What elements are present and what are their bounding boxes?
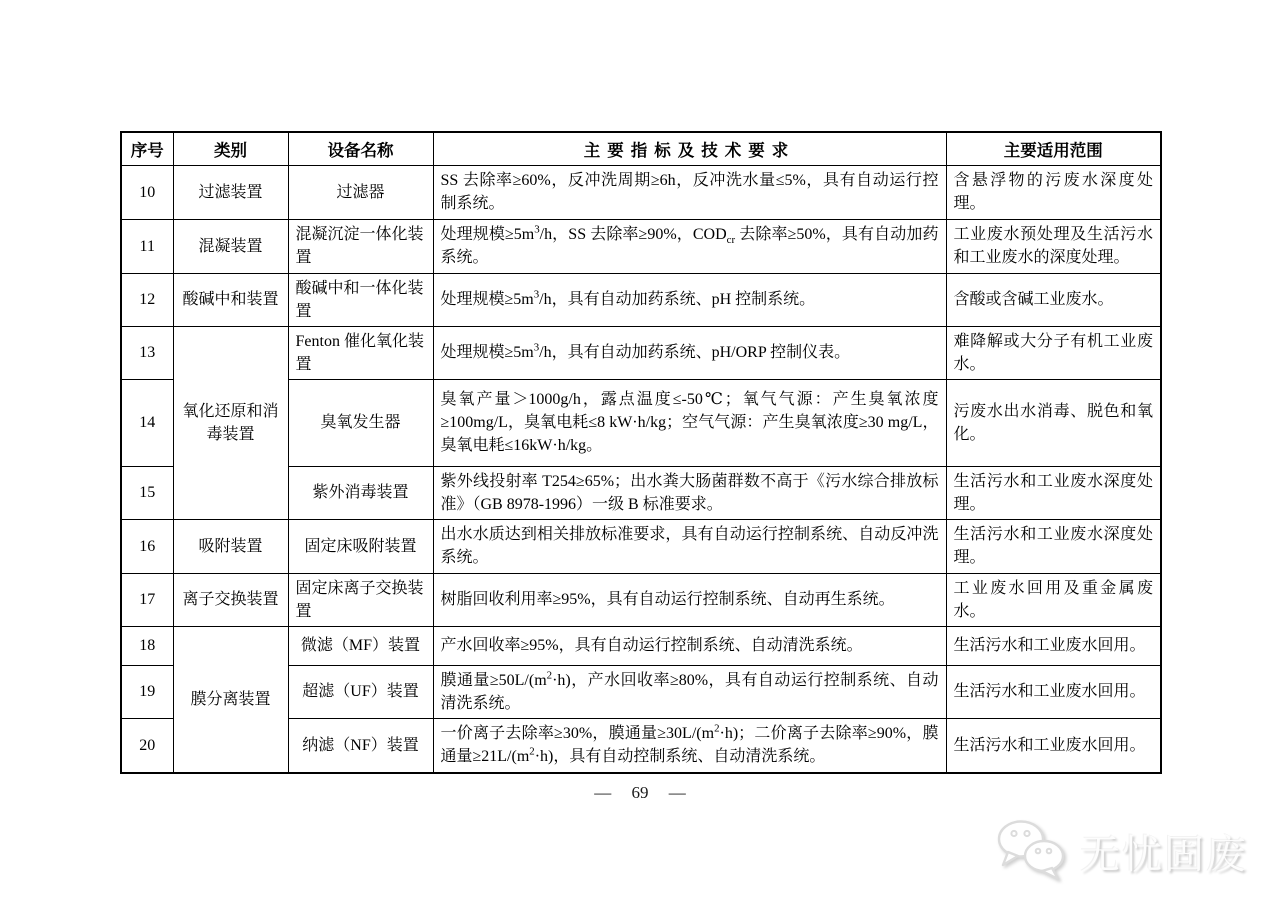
cell-scope: 生活污水和工业废水深度处理。 [946, 466, 1161, 519]
cell-category: 吸附装置 [173, 519, 288, 573]
table-header-row: 序号 类别 设备名称 主要指标及技术要求 主要适用范围 [121, 132, 1161, 165]
cell-scope: 生活污水和工业废水回用。 [946, 718, 1161, 773]
cell-category: 混凝装置 [173, 219, 288, 273]
cell-device: 酸碱中和一体化装置 [288, 273, 433, 326]
table-row: 16吸附装置固定床吸附装置出水水质达到相关排放标准要求，具有自动运行控制系统、自… [121, 519, 1161, 573]
cell-scope: 工业废水预处理及生活污水和工业废水的深度处理。 [946, 219, 1161, 273]
cell-serial: 17 [121, 573, 173, 626]
wechat-bubbles-icon [994, 818, 1070, 885]
cell-category: 过滤装置 [173, 165, 288, 219]
cell-serial: 16 [121, 519, 173, 573]
cell-scope: 生活污水和工业废水回用。 [946, 626, 1161, 665]
cell-serial: 10 [121, 165, 173, 219]
table-body: 10过滤装置过滤器SS 去除率≥60%，反冲洗周期≥6h，反冲洗水量≤5%，具有… [121, 165, 1161, 773]
cell-device: 超滤（UF）装置 [288, 665, 433, 718]
table-row: 11混凝装置混凝沉淀一体化装置处理规模≥5m3/h，SS 去除率≥90%，COD… [121, 219, 1161, 273]
cell-serial: 20 [121, 718, 173, 773]
table-row: 12酸碱中和装置酸碱中和一体化装置处理规模≥5m3/h，具有自动加药系统、pH … [121, 273, 1161, 326]
column-header-device: 设备名称 [288, 132, 433, 165]
column-header-category: 类别 [173, 132, 288, 165]
cell-serial: 11 [121, 219, 173, 273]
cell-scope: 工业废水回用及重金属废水。 [946, 573, 1161, 626]
table-row: 17离子交换装置固定床离子交换装置树脂回收利用率≥95%，具有自动运行控制系统、… [121, 573, 1161, 626]
cell-scope: 生活污水和工业废水深度处理。 [946, 519, 1161, 573]
cell-scope: 污废水出水消毒、脱色和氧化。 [946, 379, 1161, 466]
cell-specs: 膜通量≥50L/(m2·h)，产水回收率≥80%，具有自动运行控制系统、自动清洗… [433, 665, 946, 718]
cell-category: 膜分离装置 [173, 626, 288, 773]
cell-device: 固定床吸附装置 [288, 519, 433, 573]
cell-specs: 出水水质达到相关排放标准要求，具有自动运行控制系统、自动反冲洗系统。 [433, 519, 946, 573]
cell-category: 氧化还原和消毒装置 [173, 326, 288, 519]
cell-serial: 18 [121, 626, 173, 665]
cell-specs: 臭氧产量＞1000g/h，露点温度≤-50℃；氧气气源：产生臭氧浓度≥100mg… [433, 379, 946, 466]
cell-specs: 产水回收率≥95%，具有自动运行控制系统、自动清洗系统。 [433, 626, 946, 665]
cell-specs: 一价离子去除率≥30%，膜通量≥30L/(m2·h)；二价离子去除率≥90%，膜… [433, 718, 946, 773]
cell-category: 酸碱中和装置 [173, 273, 288, 326]
cell-serial: 19 [121, 665, 173, 718]
cell-serial: 12 [121, 273, 173, 326]
cell-device: 纳滤（NF）装置 [288, 718, 433, 773]
cell-scope: 难降解或大分子有机工业废水。 [946, 326, 1161, 379]
cell-scope: 含酸或含碱工业废水。 [946, 273, 1161, 326]
equipment-table: 序号 类别 设备名称 主要指标及技术要求 主要适用范围 10过滤装置过滤器SS … [120, 131, 1162, 774]
cell-scope: 含悬浮物的污废水深度处理。 [946, 165, 1161, 219]
document-page: 序号 类别 设备名称 主要指标及技术要求 主要适用范围 10过滤装置过滤器SS … [0, 0, 1280, 904]
cell-device: 混凝沉淀一体化装置 [288, 219, 433, 273]
cell-specs: 树脂回收利用率≥95%，具有自动运行控制系统、自动再生系统。 [433, 573, 946, 626]
cell-category: 离子交换装置 [173, 573, 288, 626]
cell-serial: 14 [121, 379, 173, 466]
cell-device: 紫外消毒装置 [288, 466, 433, 519]
column-header-serial: 序号 [121, 132, 173, 165]
table-row: 13氧化还原和消毒装置Fenton 催化氧化装置处理规模≥5m3/h，具有自动加… [121, 326, 1161, 379]
cell-device: 微滤（MF）装置 [288, 626, 433, 665]
cell-specs: 紫外线投射率 T254≥65%；出水粪大肠菌群数不高于《污水综合排放标准》（GB… [433, 466, 946, 519]
cell-device: 固定床离子交换装置 [288, 573, 433, 626]
cell-serial: 15 [121, 466, 173, 519]
cell-serial: 13 [121, 326, 173, 379]
table-row: 18膜分离装置微滤（MF）装置产水回收率≥95%，具有自动运行控制系统、自动清洗… [121, 626, 1161, 665]
cell-specs: SS 去除率≥60%，反冲洗周期≥6h，反冲洗水量≤5%，具有自动运行控制系统。 [433, 165, 946, 219]
cell-scope: 生活污水和工业废水回用。 [946, 665, 1161, 718]
column-header-specs: 主要指标及技术要求 [433, 132, 946, 165]
table-row: 10过滤装置过滤器SS 去除率≥60%，反冲洗周期≥6h，反冲洗水量≤5%，具有… [121, 165, 1161, 219]
cell-specs: 处理规模≥5m3/h，SS 去除率≥90%，CODcr 去除率≥50%，具有自动… [433, 219, 946, 273]
cell-specs: 处理规模≥5m3/h，具有自动加药系统、pH/ORP 控制仪表。 [433, 326, 946, 379]
cell-device: Fenton 催化氧化装置 [288, 326, 433, 379]
cell-device: 过滤器 [288, 165, 433, 219]
cell-device: 臭氧发生器 [288, 379, 433, 466]
watermark: 无忧固废 [994, 818, 1248, 885]
cell-specs: 处理规模≥5m3/h，具有自动加药系统、pH 控制系统。 [433, 273, 946, 326]
watermark-text: 无忧固废 [1080, 823, 1248, 880]
column-header-scope: 主要适用范围 [946, 132, 1161, 165]
page-number: — 69 — [0, 783, 1280, 803]
